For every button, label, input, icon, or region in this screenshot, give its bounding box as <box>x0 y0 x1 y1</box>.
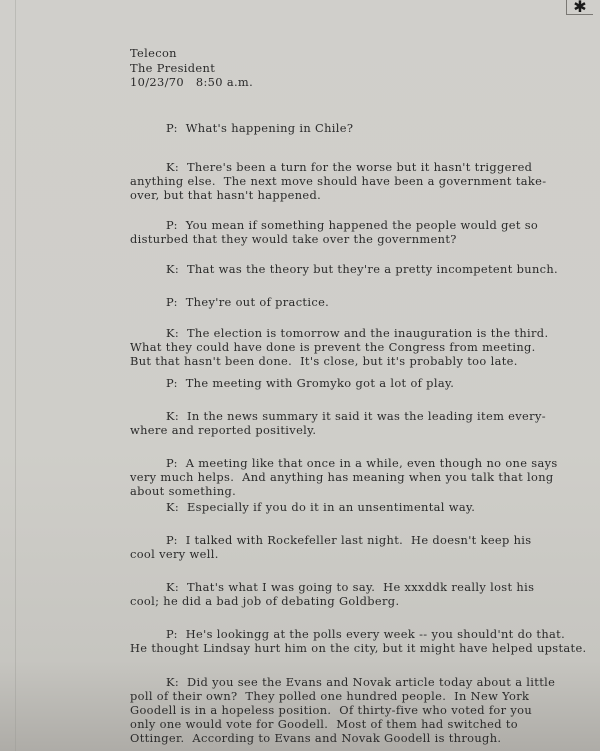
transcript-paragraph: K: In the news summary it said it was th… <box>130 409 575 437</box>
transcript-line: where and reported positively. <box>130 423 575 437</box>
transcript-paragraph: K: Especially if you do it in an unsenti… <box>130 500 575 514</box>
transcript-paragraph: K: That's what I was going to say. He xx… <box>130 580 575 608</box>
transcript-line: Ottinger. According to Evans and Novak G… <box>130 731 575 745</box>
transcript-paragraph: K: Did you see the Evans and Novak artic… <box>130 675 575 745</box>
transcript-line: K: In the news summary it said it was th… <box>130 409 575 423</box>
transcript-line: Goodell is in a hopeless position. Of th… <box>130 703 575 717</box>
memo-datetime: 10/23/70 8:50 a.m. <box>130 75 253 90</box>
document-page: ✱ Telecon The President 10/23/70 8:50 a.… <box>0 0 600 751</box>
transcript-line: P: I talked with Rockefeller last night.… <box>130 533 575 547</box>
transcript-line: P: A meeting like that once in a while, … <box>130 456 575 470</box>
memo-header: Telecon The President 10/23/70 8:50 a.m. <box>130 46 253 90</box>
transcript-line: only one would vote for Goodell. Most of… <box>130 717 575 731</box>
page-edge <box>15 0 16 751</box>
transcript-line: K: The election is tomorrow and the inau… <box>130 326 575 340</box>
transcript-line: P: He's lookingg at the polls every week… <box>130 627 575 641</box>
transcript-line: What they could have done is prevent the… <box>130 340 575 354</box>
transcript-line: P: What's happening in Chile? <box>130 121 575 135</box>
transcript-paragraph: P: They're out of practice. <box>130 295 575 309</box>
transcript-paragraph: P: The meeting with Gromyko got a lot of… <box>130 376 575 390</box>
transcript-paragraph: K: There's been a turn for the worse but… <box>130 160 575 202</box>
transcript-line: over, but that hasn't happened. <box>130 188 575 202</box>
transcript-line: But that hasn't been done. It's close, b… <box>130 354 575 368</box>
transcript-line: P: You mean if something happened the pe… <box>130 218 575 232</box>
transcript-paragraph: P: He's lookingg at the polls every week… <box>130 627 575 655</box>
transcript-line: very much helps. And anything has meanin… <box>130 470 575 484</box>
transcript-line: about something. <box>130 484 575 498</box>
asterisk-icon: ✱ <box>566 0 593 15</box>
transcript-line: K: Did you see the Evans and Novak artic… <box>130 675 575 689</box>
transcript-line: anything else. The next move should have… <box>130 174 575 188</box>
transcript-line: P: The meeting with Gromyko got a lot of… <box>130 376 575 390</box>
transcript-line: K: There's been a turn for the worse but… <box>130 160 575 174</box>
transcript-paragraph: P: I talked with Rockefeller last night.… <box>130 533 575 561</box>
transcript-line: disturbed that they would take over the … <box>130 232 575 246</box>
transcript-paragraph: P: You mean if something happened the pe… <box>130 218 575 246</box>
transcript-paragraph: P: What's happening in Chile? <box>130 121 575 135</box>
memo-type: Telecon <box>130 46 253 61</box>
transcript-line: K: That was the theory but they're a pre… <box>130 262 575 276</box>
transcript-line: K: That's what I was going to say. He xx… <box>130 580 575 594</box>
transcript-line: cool very well. <box>130 547 575 561</box>
transcript-line: K: Especially if you do it in an unsenti… <box>130 500 575 514</box>
transcript-paragraph: K: The election is tomorrow and the inau… <box>130 326 575 368</box>
transcript-line: cool; he did a bad job of debating Goldb… <box>130 594 575 608</box>
transcript-line: He thought Lindsay hurt him on the city,… <box>130 641 575 655</box>
transcript-line: P: They're out of practice. <box>130 295 575 309</box>
memo-participant: The President <box>130 61 253 76</box>
transcript-paragraph: K: That was the theory but they're a pre… <box>130 262 575 276</box>
transcript-line: poll of their own? They polled one hundr… <box>130 689 575 703</box>
transcript-paragraph: P: A meeting like that once in a while, … <box>130 456 575 498</box>
